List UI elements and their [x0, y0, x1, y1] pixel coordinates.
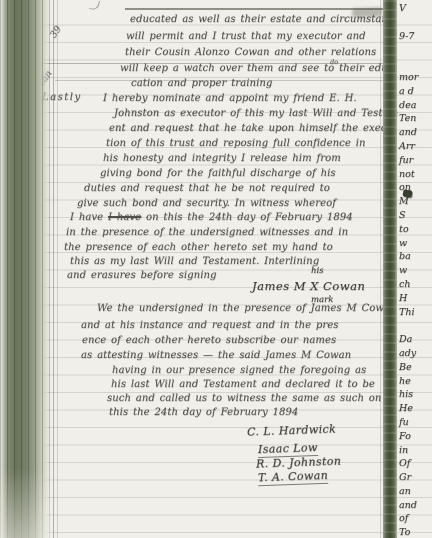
handwritten-line: in the presence of the undersigned witne…: [66, 227, 348, 238]
adjacent-page-word: of: [399, 512, 432, 526]
line-pre: I have: [70, 212, 108, 223]
adjacent-page-word: Gr: [399, 471, 432, 485]
adjacent-page-word: and: [399, 126, 432, 140]
adjacent-page-word: Arr: [399, 140, 432, 154]
witness-signature: R. D. Johnston: [256, 455, 342, 471]
signature-mark-label: mark: [311, 295, 333, 305]
adjacent-page-word: he: [399, 375, 432, 389]
handwritten-line: will permit and I trust that my executor…: [126, 31, 366, 42]
handwritten-line: his honesty and integrity I release him …: [103, 153, 341, 164]
adjacent-page-word: Da: [399, 333, 432, 347]
adjacent-page-word: Thi: [399, 306, 432, 320]
adjacent-page-word: fu: [399, 416, 432, 430]
margin-rule-line: [53, 0, 54, 538]
handwritten-line-with-strikeout: I have I have on this the 24th day of Fe…: [70, 212, 353, 223]
handwritten-line: giving bond for the faithful discharge o…: [100, 168, 336, 179]
handwritten-line: and erasures before signing: [67, 270, 217, 281]
handwritten-line: educated as well as their estate and cir…: [130, 14, 388, 25]
adjacent-page-word: in: [399, 444, 432, 458]
scanned-will-page: 39 J M Cowan Lastly do educated as well …: [0, 0, 432, 538]
handwritten-line: I hereby nominate and appoint my friend …: [103, 93, 357, 104]
handwritten-line: this the 24th day of February 1894: [109, 407, 298, 418]
adjacent-page-word: Fo: [399, 430, 432, 444]
adjacent-page-word: his: [399, 388, 432, 402]
adjacent-page-word: and: [399, 499, 432, 513]
handwritten-line: their Cousin Alonzo Cowan and other rela…: [125, 47, 376, 58]
adjacent-page-word: an: [399, 485, 432, 499]
adjacent-page-word: ady: [399, 347, 432, 361]
adjacent-page-word: H: [399, 292, 432, 306]
handwritten-line: such and called us to witness the same a…: [107, 393, 381, 404]
page-edge-line: [380, 0, 381, 538]
handwritten-line: having in our presence signed the forego…: [112, 365, 366, 376]
adjacent-page-word: Be: [399, 361, 432, 375]
adjacent-page-word: ch: [399, 278, 432, 292]
testator-signature: James M X Cowan: [252, 279, 365, 293]
adjacent-page-word: Of: [399, 457, 432, 471]
handwritten-line: Johnston as executor of this my last Wil…: [114, 108, 398, 119]
handwritten-line: as attesting witnesses — the said James …: [81, 350, 351, 361]
adjacent-page-word: a d: [399, 85, 432, 99]
margin-rule-line: [57, 0, 58, 538]
adjacent-page-word: mor: [399, 71, 432, 85]
adjacent-page-word: to: [399, 223, 432, 237]
adjacent-page-word: w: [399, 264, 432, 278]
handwritten-line: duties and request that he be not requir…: [84, 183, 330, 194]
adjacent-page-fragments: V9-7mora ddeaTenandArrfurnotonMStowbawch…: [399, 2, 432, 538]
adjacent-page-word: [399, 57, 432, 71]
adjacent-page-word: dea: [399, 99, 432, 113]
adjacent-page-word: 9-7: [399, 30, 432, 44]
witness-signature: C. L. Hardwick: [247, 422, 337, 438]
adjacent-page-word: on: [399, 181, 432, 195]
handwritten-line: tion of this trust and reposing full con…: [106, 138, 366, 149]
adjacent-page-word: To: [399, 526, 432, 538]
struck-out-text: I have: [108, 212, 141, 223]
adjacent-page-word: He: [399, 402, 432, 416]
book-binding-left: [0, 0, 50, 538]
handwritten-line: the presence of each other hereto set my…: [64, 242, 333, 253]
margin-number: 39: [48, 24, 64, 40]
adjacent-page-word: ba: [399, 250, 432, 264]
adjacent-page-word: fur: [399, 154, 432, 168]
handwritten-line: ence of each other hereto subscribe our …: [82, 335, 336, 346]
handwritten-line: give such bond and security. In witness …: [77, 198, 336, 209]
handwritten-line: his last Will and Testament and declared…: [111, 379, 375, 390]
adjacent-page-word: Ten: [399, 112, 432, 126]
handwritten-line: cation and proper training: [131, 78, 272, 89]
top-ruled-line: [125, 8, 385, 10]
adjacent-page-word: [399, 16, 432, 30]
adjacent-page-word: not: [399, 168, 432, 182]
handwritten-line: this as my last Will and Testament. Inte…: [70, 256, 319, 267]
handwritten-line: will keep a watch over them and see to t…: [120, 63, 388, 74]
line-post: on this the 24th day of February 1894: [141, 212, 353, 223]
handwritten-line: We the undersigned in the presence of Ja…: [97, 303, 397, 314]
adjacent-page-word: [399, 43, 432, 57]
adjacent-page-word: M: [399, 195, 432, 209]
adjacent-page-word: V: [399, 2, 432, 16]
handwritten-line: ent and request that he take upon himsel…: [109, 123, 393, 134]
signature-his-label: his: [311, 266, 324, 276]
page-gutter: [383, 0, 397, 538]
adjacent-page-word: [399, 319, 432, 333]
witness-signature: T. A. Cowan: [258, 469, 329, 486]
adjacent-page-word: w: [399, 237, 432, 251]
adjacent-page-word: S: [399, 209, 432, 223]
stray-mark: [89, 0, 100, 11]
handwritten-line: and at his instance and request and in t…: [81, 320, 339, 331]
